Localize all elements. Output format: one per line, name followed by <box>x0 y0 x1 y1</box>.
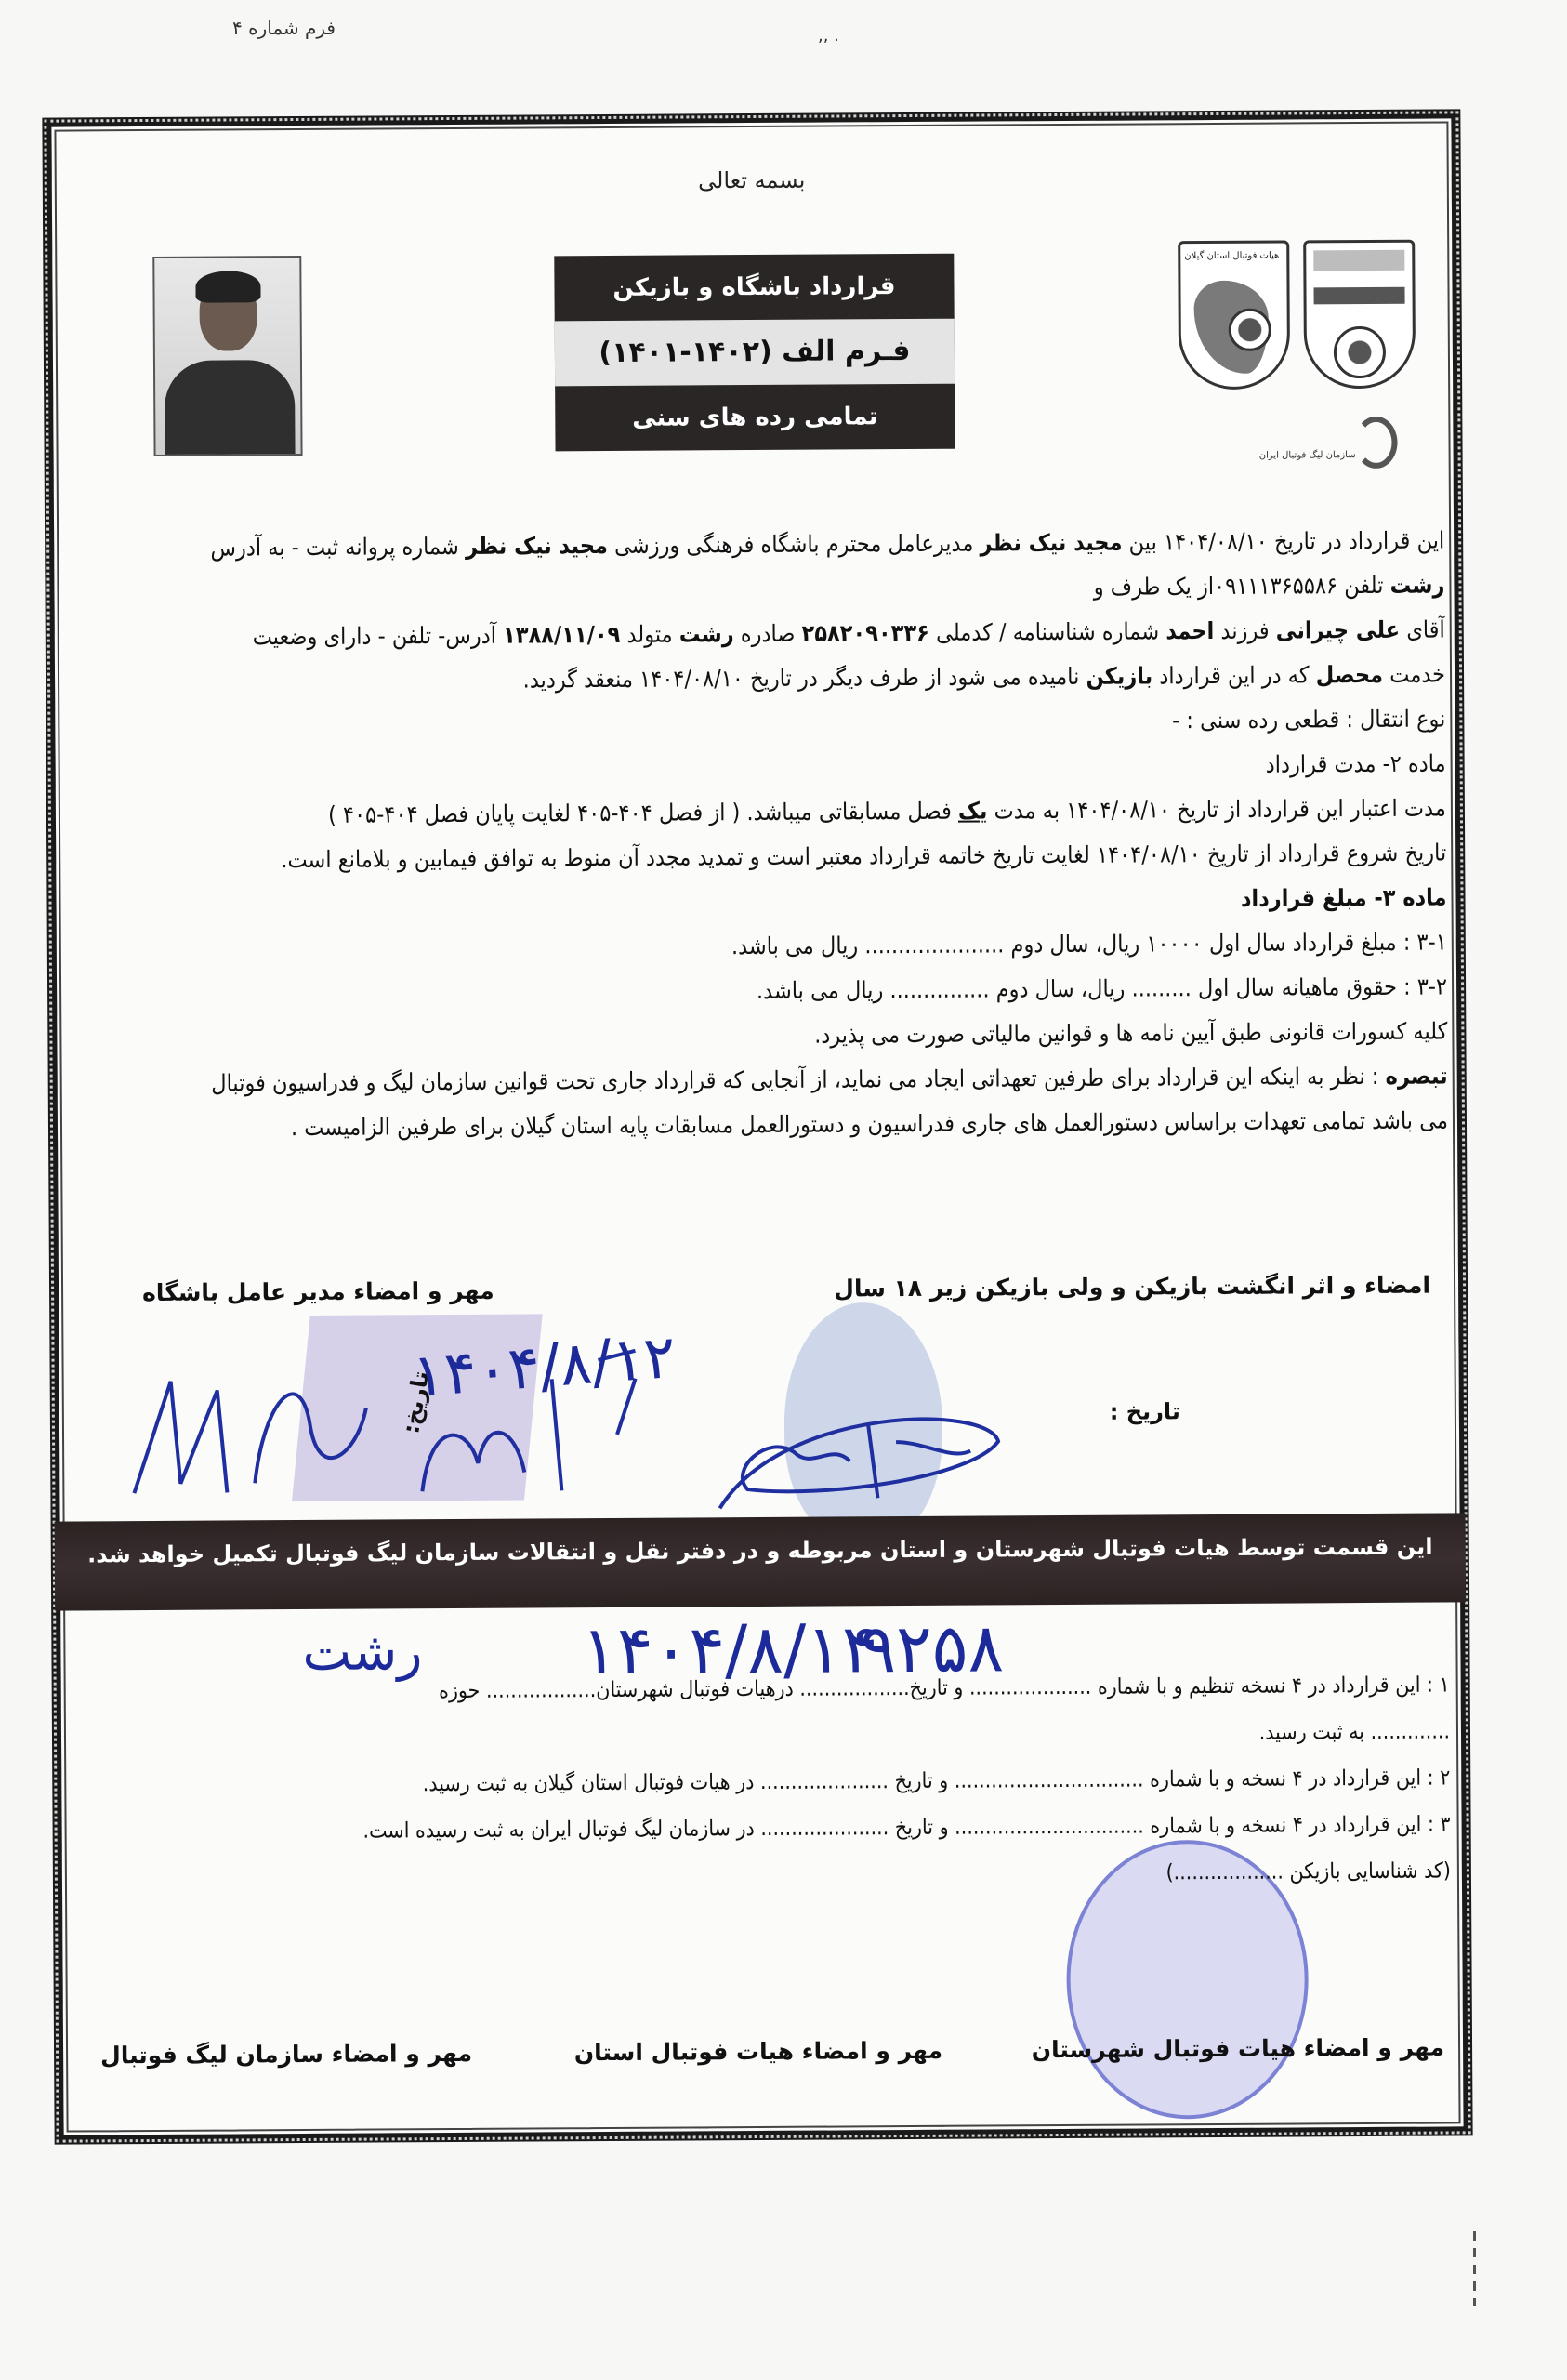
football-icon <box>1229 309 1271 351</box>
form-number-note: فرم شماره ۴ <box>232 17 336 39</box>
issued-city: رشت <box>679 620 734 647</box>
contract-duration: یک <box>958 797 988 824</box>
photo-body-shape <box>165 360 296 456</box>
father-name: احمد <box>1165 617 1214 644</box>
contract-frame: بسمه تعالی قرارداد باشگاه و بازیکن فـرم … <box>42 109 1472 2144</box>
gilan-logo-text: هیات فوتبال استان گیلان <box>1184 251 1279 262</box>
official-use-banner: این قسمت توسط هیات فوتبال شهرستان و استا… <box>55 1513 1467 1610</box>
registration-item-2: ۲ : این قرارداد در ۴ نسخه و با شماره ...… <box>108 1754 1450 1809</box>
photo-hair-shape <box>195 271 260 302</box>
swirl-icon <box>1354 416 1397 469</box>
military-status: محصل <box>1316 661 1384 688</box>
player-signature-label: امضاء و اثر انگشت بازیکن و ولی بازیکن زی… <box>834 1272 1430 1302</box>
contract-body: این قرارداد در تاریخ ۱۴۰۴/۰۸/۱۰ بین مجید… <box>67 518 1448 1151</box>
player-term: بازیکن <box>1086 662 1152 689</box>
club-name: مجید نیک نظر <box>466 532 608 560</box>
handwritten-registration-number: ۹۲۵۸ <box>860 1608 1004 1687</box>
note-line-2: می باشد تمامی تعهدات براساس دستورالعمل ه… <box>71 1098 1448 1151</box>
player-photo <box>152 256 302 456</box>
contract-title-box: قرارداد باشگاه و بازیکن فـرم الف (۱۴۰۲-۱… <box>554 254 955 452</box>
note-label: تبصره <box>1386 1062 1448 1089</box>
player-date-label: تاریخ : <box>1110 1398 1180 1424</box>
side-edge-mark <box>1473 2231 1476 2306</box>
bismillah-heading: بسمه تعالی <box>52 163 1452 197</box>
league-logo-icon: سازمان لیگ فوتبال ایران <box>1276 416 1406 473</box>
transfer-type: نوع انتقال : قطعی رده سنی : - <box>68 696 1445 749</box>
handwritten-registration-date: ۱۴۰۴/۸/۱۴ <box>581 1609 878 1689</box>
player-signature-scribble <box>710 1385 1008 1527</box>
football-icon <box>1334 326 1386 378</box>
national-id: ۲۵۸۲۰۹۰۳۳۶ <box>801 619 929 647</box>
city-board-signature-label: مهر و امضاء هیات فوتبال شهرستان <box>1032 2034 1445 2064</box>
title-line-2: فـرم الف (۱۴۰۲-۱۴۰۱) <box>555 319 955 387</box>
club-signature-label: مهر و امضاء مدیر عامل باشگاه <box>142 1277 494 1306</box>
registration-item-3: ۳ : این قرارداد در ۴ نسخه و با شماره ...… <box>108 1801 1450 1856</box>
title-line-1: قرارداد باشگاه و بازیکن <box>554 254 954 322</box>
club-manager-name: مجید نیک نظر <box>980 529 1122 557</box>
province-board-signature-label: مهر و امضاء هیات فوتبال استان <box>574 2037 942 2066</box>
league-signature-label: مهر و امضاء سازمان لیگ فوتبال <box>100 2040 472 2069</box>
registration-player-code: (کد شناسایی بازیکن ..................) <box>109 1847 1451 1902</box>
league-logo-text: سازمان لیگ فوتبال ایران <box>1259 450 1356 461</box>
gilan-board-logo-icon: هیات فوتبال استان گیلان <box>1178 240 1290 390</box>
registration-section: ۱ : این قرارداد در ۴ نسخه تنظیم و با شما… <box>108 1661 1452 1902</box>
registration-item-1-cont: ............. به ثبت رسید. <box>108 1708 1450 1763</box>
ffiri-logo-icon <box>1303 240 1416 390</box>
signature-headings: امضاء و اثر انگشت بازیکن و ولی بازیکن زی… <box>59 1271 1458 1316</box>
handwritten-city: رشت <box>302 1621 422 1683</box>
birth-date: ۱۳۸۸/۱۱/۰۹ <box>503 621 620 649</box>
top-mark: . ,, <box>818 26 839 46</box>
club-city: رشت <box>1389 571 1444 598</box>
title-line-3: تمامی رده های سنی <box>555 384 955 452</box>
logos-group: هیات فوتبال استان گیلان سازمان لیگ فوتبا… <box>1145 240 1416 474</box>
player-name: علی چیرانی <box>1276 616 1401 644</box>
